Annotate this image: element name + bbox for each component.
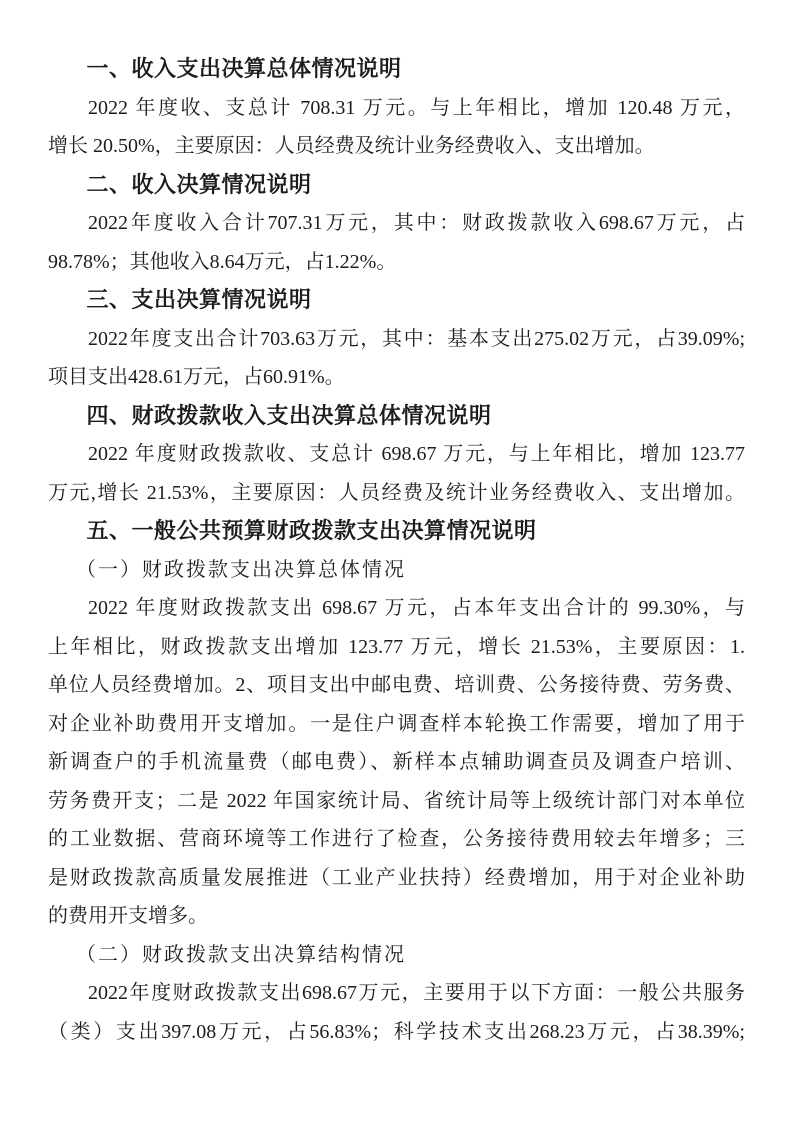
document-page: 一、收入支出决算总体情况说明 2022 年度收、支总计 708.31 万元。与上… [0,0,793,1122]
paragraph-line: 上年相比，财政拨款支出增加 123.77 万元，增长 21.53%，主要原因：1… [48,628,745,667]
paragraph-line: 2022年度财政拨款支出698.67万元，主要用于以下方面：一般公共服务 [48,974,745,1013]
paragraph-line: 项目支出428.61万元，占60.91%。 [48,358,745,397]
section-heading-1: 一、收入支出决算总体情况说明 [48,50,745,89]
paragraph-line: 98.78%；其他收入8.64万元，占1.22%。 [48,243,745,282]
paragraph-line: 2022 年度收、支总计 708.31 万元。与上年相比，增加 120.48 万… [48,89,745,128]
paragraph-line: 的费用开支增多。 [48,897,745,936]
paragraph-line: 2022 年度财政拨款收、支总计 698.67 万元，与上年相比，增加 123.… [48,435,745,474]
paragraph-line: 是财政拨款高质量发展推进（工业产业扶持）经费增加，用于对企业补助 [48,859,745,898]
paragraph-line: 单位人员经费增加。2、项目支出中邮电费、培训费、公务接待费、劳务费、 [48,666,745,705]
section-heading-2: 二、收入决算情况说明 [48,166,745,205]
paragraph-line: 万元,增长 21.53%，主要原因：人员经费及统计业务经费收入、支出增加。 [48,474,745,513]
section-heading-5: 五、一般公共预算财政拨款支出决算情况说明 [48,512,745,551]
paragraph-line: 2022年度支出合计703.63万元，其中：基本支出275.02万元，占39.0… [48,320,745,359]
paragraph-line: 劳务费开支；二是 2022 年国家统计局、省统计局等上级统计部门对本单位 [48,782,745,821]
section-heading-3: 三、支出决算情况说明 [48,281,745,320]
paragraph-line: 的工业数据、营商环境等工作进行了检查，公务接待费用较去年增多；三 [48,820,745,859]
paragraph-line: 新调查户的手机流量费（邮电费）、新样本点辅助调查员及调查户培训、 [48,743,745,782]
paragraph-line: 2022 年度财政拨款支出 698.67 万元，占本年支出合计的 99.30%，… [48,589,745,628]
sub-section-heading-2: （二）财政拨款支出决算结构情况 [48,936,745,975]
paragraph-line: 2022年度收入合计707.31万元，其中：财政拨款收入698.67万元，占 [48,204,745,243]
paragraph-line: 增长 20.50%，主要原因：人员经费及统计业务经费收入、支出增加。 [48,127,745,166]
section-heading-4: 四、财政拨款收入支出决算总体情况说明 [48,397,745,436]
paragraph-line: 对企业补助费用开支增加。一是住户调查样本轮换工作需要，增加了用于 [48,705,745,744]
paragraph-line: （类）支出397.08万元，占56.83%；科学技术支出268.23万元，占38… [48,1013,745,1052]
sub-section-heading-1: （一）财政拨款支出决算总体情况 [48,551,745,590]
